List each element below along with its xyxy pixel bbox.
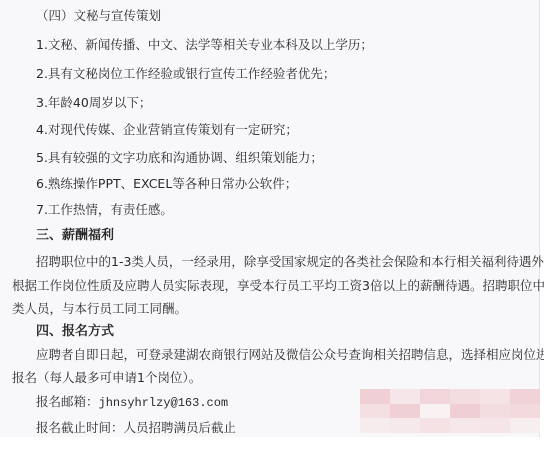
deadline-value: 人员招聘满员后截止 [124, 420, 237, 435]
requirement-item-5: 5.具有较强的文字功底和沟通协调、组织策划能力； [36, 150, 323, 166]
deadline-label: 报名截止时间： [36, 420, 124, 435]
subsection-heading: （四）文秘与宣传策划 [36, 8, 161, 24]
requirement-item-4: 4.对现代传媒、企业营销宣传策划有一定研究； [36, 122, 298, 138]
requirement-item-7: 7.工作热情，有责任感。 [36, 202, 173, 218]
application-paragraph-line-1: 应聘者自即日起，可登录建湖农商银行网站及微信公众号查询相关招聘信息，选择相应岗位… [36, 347, 544, 363]
email-label: 报名邮箱： [36, 394, 99, 409]
salary-paragraph-line-2: 根据工作岗位性质及应聘人员实际表现，享受本行员工平均工资3倍以上的薪酬待遇。招聘… [12, 278, 544, 294]
pixelated-watermark [360, 389, 540, 433]
requirement-item-2: 2.具有文秘岗位工作经验或银行宣传工作经验者优先； [36, 66, 335, 82]
application-email-row: 报名邮箱：jhnsyhrlzy@163.com [36, 394, 228, 411]
application-deadline-row: 报名截止时间：人员招聘满员后截止 [36, 420, 236, 436]
salary-paragraph-line-3: 类人员，与本行员工同工同酬。 [12, 301, 187, 317]
requirement-item-1: 1.文秘、新闻传播、中文、法学等相关专业本科及以上学历； [36, 37, 373, 53]
requirement-item-6: 6.熟练操作PPT、EXCEL等各种日常办公软件； [36, 176, 297, 192]
application-heading: 四、报名方式 [36, 324, 114, 340]
salary-heading: 三、薪酬福利 [36, 228, 114, 244]
email-value[interactable]: jhnsyhrlzy@163.com [99, 396, 229, 410]
document-page: （四）文秘与宣传策划 1.文秘、新闻传播、中文、法学等相关专业本科及以上学历； … [0, 0, 540, 437]
requirement-item-3: 3.年龄40周岁以下； [36, 95, 151, 111]
salary-paragraph-line-1: 招聘职位中的1-3类人员，一经录用，除享受国家规定的各类社会保险和本行相关福利待… [36, 254, 544, 270]
application-paragraph-line-2: 报名（每人最多可申请1个岗位）。 [12, 370, 201, 386]
